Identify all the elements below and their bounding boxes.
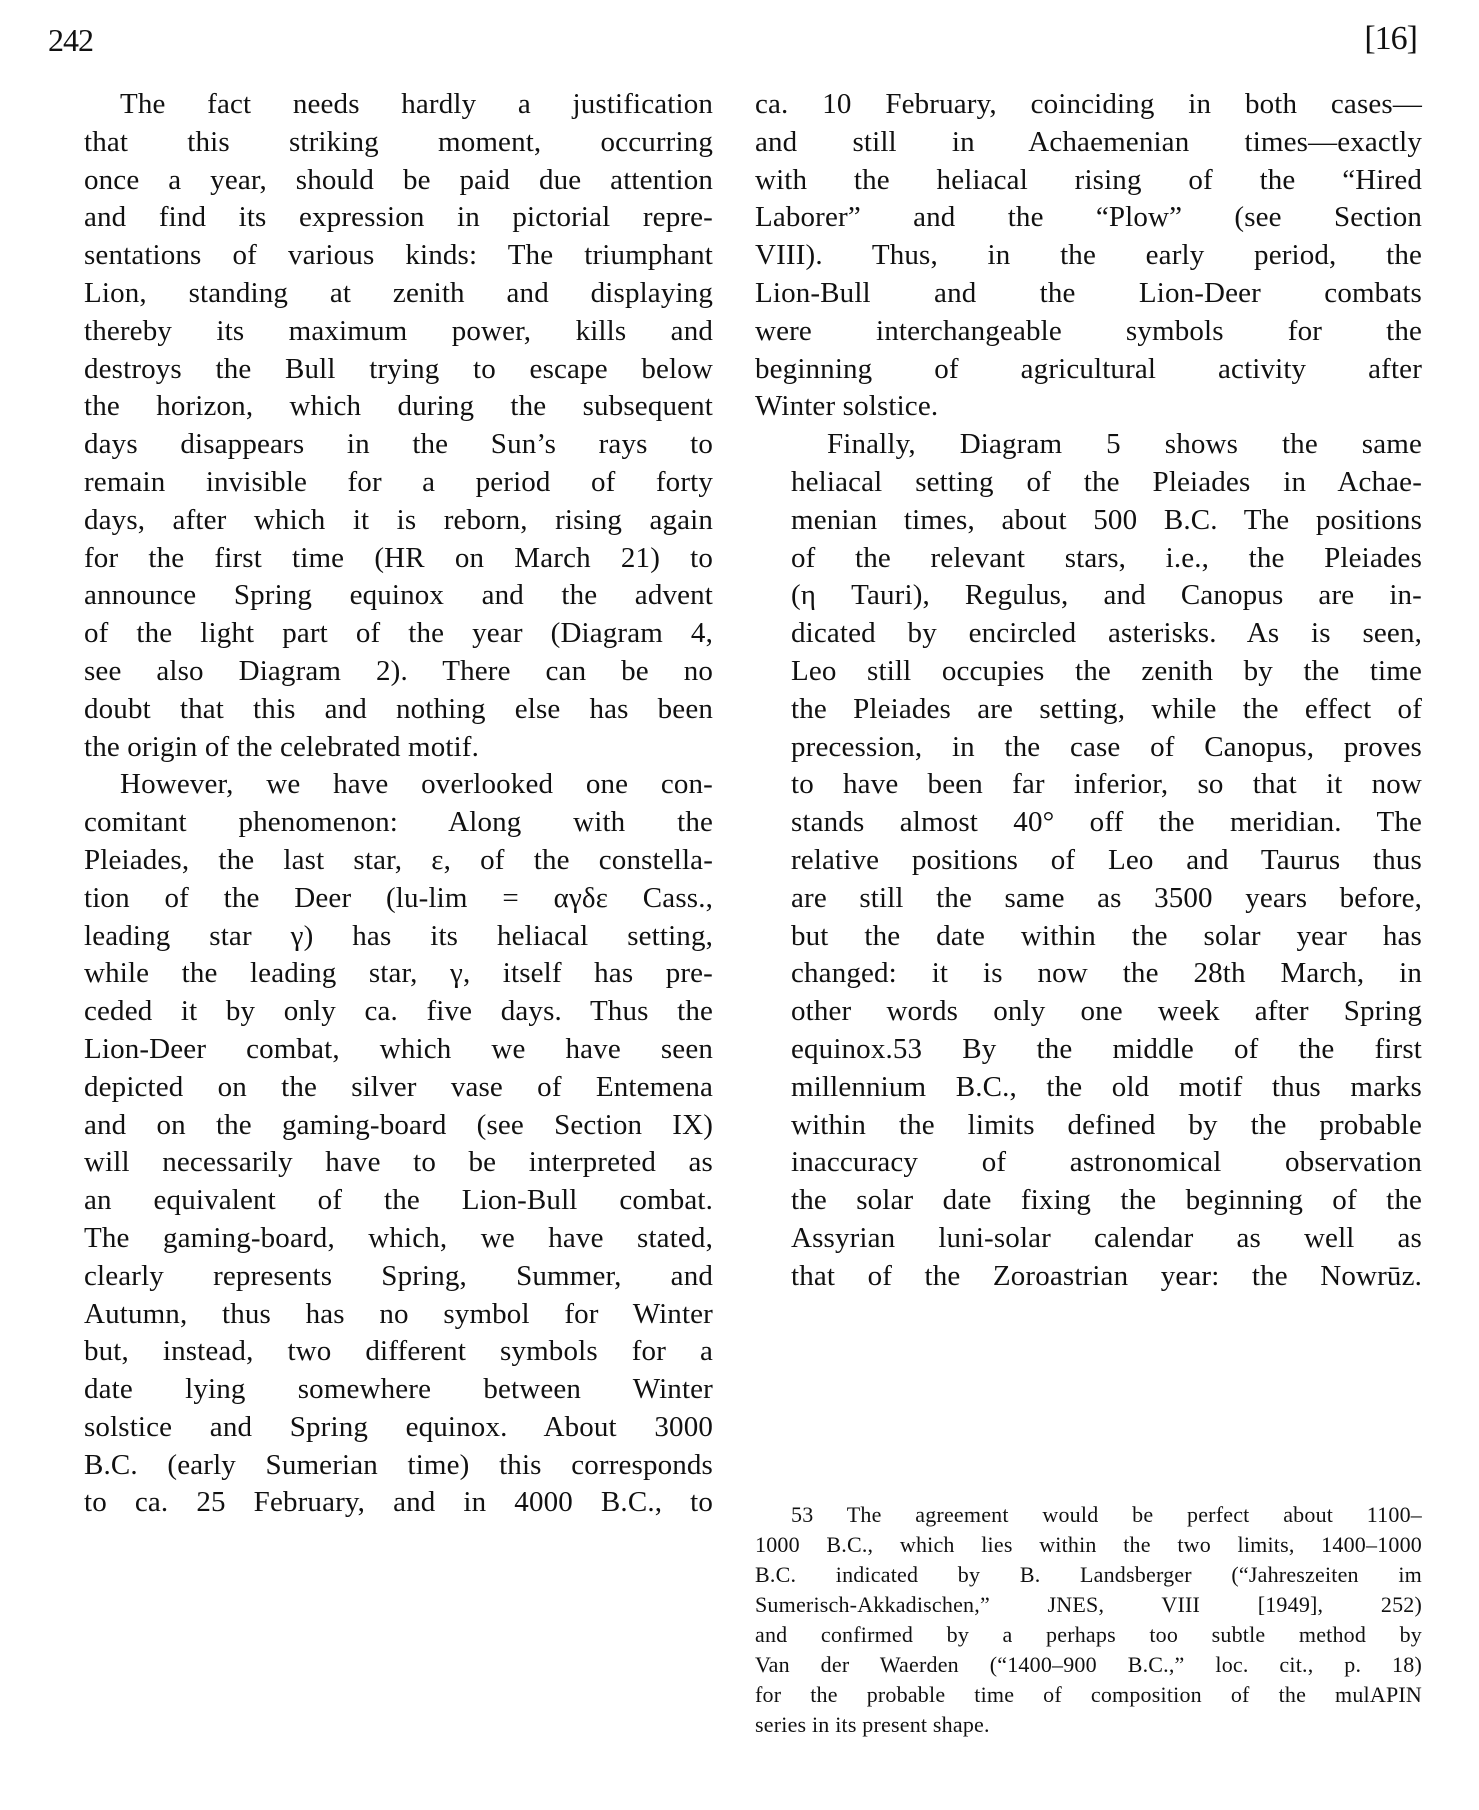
paragraph-continuation: ca. 10 February, coinciding in both case… [755,86,1422,426]
text-line: The fact needs hardly a justification [48,86,713,124]
text-line: VIII). Thus, in the early period, the [755,237,1422,275]
footnote-line: Van der Waerden (“1400–900 B.C.,” loc. c… [755,1650,1422,1680]
text-line: Lion-Deer combat, which we have seen [48,1031,713,1069]
text-line: the Pleiades are setting, while the effe… [755,691,1422,729]
text-line: for the first time (HR on March 21) to [48,540,713,578]
text-line: are still the same as 3500 years before, [755,880,1422,918]
text-line: destroys the Bull trying to escape below [48,351,713,389]
text-line: changed: it is now the 28th March, in [755,955,1422,993]
text-line: that this striking moment, occurring [48,124,713,162]
page-number: 242 [48,22,93,59]
text-line: remain invisible for a period of forty [48,464,713,502]
text-line: the horizon, which during the subsequent [48,388,713,426]
footnote-line: B.C. indicated by B. Landsberger (“Jahre… [755,1560,1422,1590]
text-line: heliacal setting of the Pleiades in Acha… [755,464,1422,502]
text-line: thereby its maximum power, kills and [48,313,713,351]
text-line: Assyrian luni-solar calendar as well as [755,1220,1422,1258]
text-line: once a year, should be paid due attentio… [48,162,713,200]
text-line: solstice and Spring equinox. About 3000 [48,1409,713,1447]
paragraph-lion-deer: However, we have overlooked one con- com… [48,766,713,1522]
text-line: menian times, about 500 B.C. The positio… [755,502,1422,540]
text-line: Pleiades, the last star, ε, of the const… [48,842,713,880]
text-line: doubt that this and nothing else has bee… [48,691,713,729]
text-line: leading star γ) has its heliacal setting… [48,918,713,956]
text-line: clearly represents Spring, Summer, and [48,1258,713,1296]
section-number: [16] [1364,20,1417,58]
text-line: precession, in the case of Canopus, prov… [755,729,1422,767]
footnote-line: 1000 B.C., which lies within the two lim… [755,1530,1422,1560]
text-line: with the heliacal rising of the “Hired [755,162,1422,200]
text-line: Leo still occupies the zenith by the tim… [755,653,1422,691]
footnote-line: series in its present shape. [755,1710,1422,1740]
text-line: stands almost 40° off the meridian. The [755,804,1422,842]
text-line: Finally, Diagram 5 shows the same [755,426,1422,464]
footnote-line: for the probable time of composition of … [755,1680,1422,1710]
text-line: within the limits defined by the probabl… [755,1107,1422,1145]
paragraph-lion-bull: The fact needs hardly a justification th… [48,86,713,766]
text-line: and on the gaming-board (see Section IX) [48,1107,713,1145]
text-line: tion of the Deer (lu-lim = αγδε Cass., [48,880,713,918]
text-line: see also Diagram 2). There can be no [48,653,713,691]
text-line: the solar date fixing the beginning of t… [755,1182,1422,1220]
text-line: millennium B.C., the old motif thus mark… [755,1069,1422,1107]
text-line: dicated by encircled asterisks. As is se… [755,615,1422,653]
text-line: equinox.53 By the middle of the first [755,1031,1422,1069]
text-line: announce Spring equinox and the advent [48,577,713,615]
text-line: to ca. 25 February, and in 4000 B.C., to [48,1484,713,1522]
text-line: date lying somewhere between Winter [48,1371,713,1409]
text-line: (η Tauri), Regulus, and Canopus are in- [755,577,1422,615]
text-line: depicted on the silver vase of Entemena [48,1069,713,1107]
text-line: while the leading star, γ, itself has pr… [48,955,713,993]
paragraph-diagram-5: Finally, Diagram 5 shows the same heliac… [755,426,1422,1295]
text-line: comitant phenomenon: Along with the [48,804,713,842]
text-line: ceded it by only ca. five days. Thus the [48,993,713,1031]
footnote-53: 53 The agreement would be perfect about … [755,1500,1422,1740]
text-line: However, we have overlooked one con- [48,766,713,804]
text-line: will necessarily have to be interpreted … [48,1144,713,1182]
text-line: other words only one week after Spring [755,993,1422,1031]
text-line: and still in Achaemenian times—exactly [755,124,1422,162]
text-line: Autumn, thus has no symbol for Winter [48,1296,713,1334]
text-line: sentations of various kinds: The triumph… [48,237,713,275]
text-line: of the light part of the year (Diagram 4… [48,615,713,653]
right-column: ca. 10 February, coinciding in both case… [755,86,1422,1296]
text-line: that of the Zoroastrian year: the Nowrūz… [755,1258,1422,1296]
text-line: Lion-Bull and the Lion-Deer combats [755,275,1422,313]
text-line: Winter solstice. [755,388,1422,426]
text-line: Lion, standing at zenith and displaying [48,275,713,313]
text-line: and find its expression in pictorial rep… [48,199,713,237]
text-line: days, after which it is reborn, rising a… [48,502,713,540]
text-line: but the date within the solar year has [755,918,1422,956]
text-line: relative positions of Leo and Taurus thu… [755,842,1422,880]
text-line: the origin of the celebrated motif. [48,729,713,767]
text-line: The gaming-board, which, we have stated, [48,1220,713,1258]
text-line: beginning of agricultural activity after [755,351,1422,389]
text-line: were interchangeable symbols for the [755,313,1422,351]
text-line: B.C. (early Sumerian time) this correspo… [48,1447,713,1485]
left-column: The fact needs hardly a justification th… [48,86,713,1522]
text-line: days disappears in the Sun’s rays to [48,426,713,464]
text-line: to have been far inferior, so that it no… [755,766,1422,804]
text-line: ca. 10 February, coinciding in both case… [755,86,1422,124]
text-line: of the relevant stars, i.e., the Pleiade… [755,540,1422,578]
footnote-line: and confirmed by a perhaps too subtle me… [755,1620,1422,1650]
text-line: but, instead, two different symbols for … [48,1333,713,1371]
footnote-line: Sumerisch-Akkadischen,” JNES, VIII [1949… [755,1590,1422,1620]
footnote-line: 53 The agreement would be perfect about … [755,1500,1422,1530]
text-line: inaccuracy of astronomical observation [755,1144,1422,1182]
text-line: an equivalent of the Lion-Bull combat. [48,1182,713,1220]
text-line: Laborer” and the “Plow” (see Section [755,199,1422,237]
